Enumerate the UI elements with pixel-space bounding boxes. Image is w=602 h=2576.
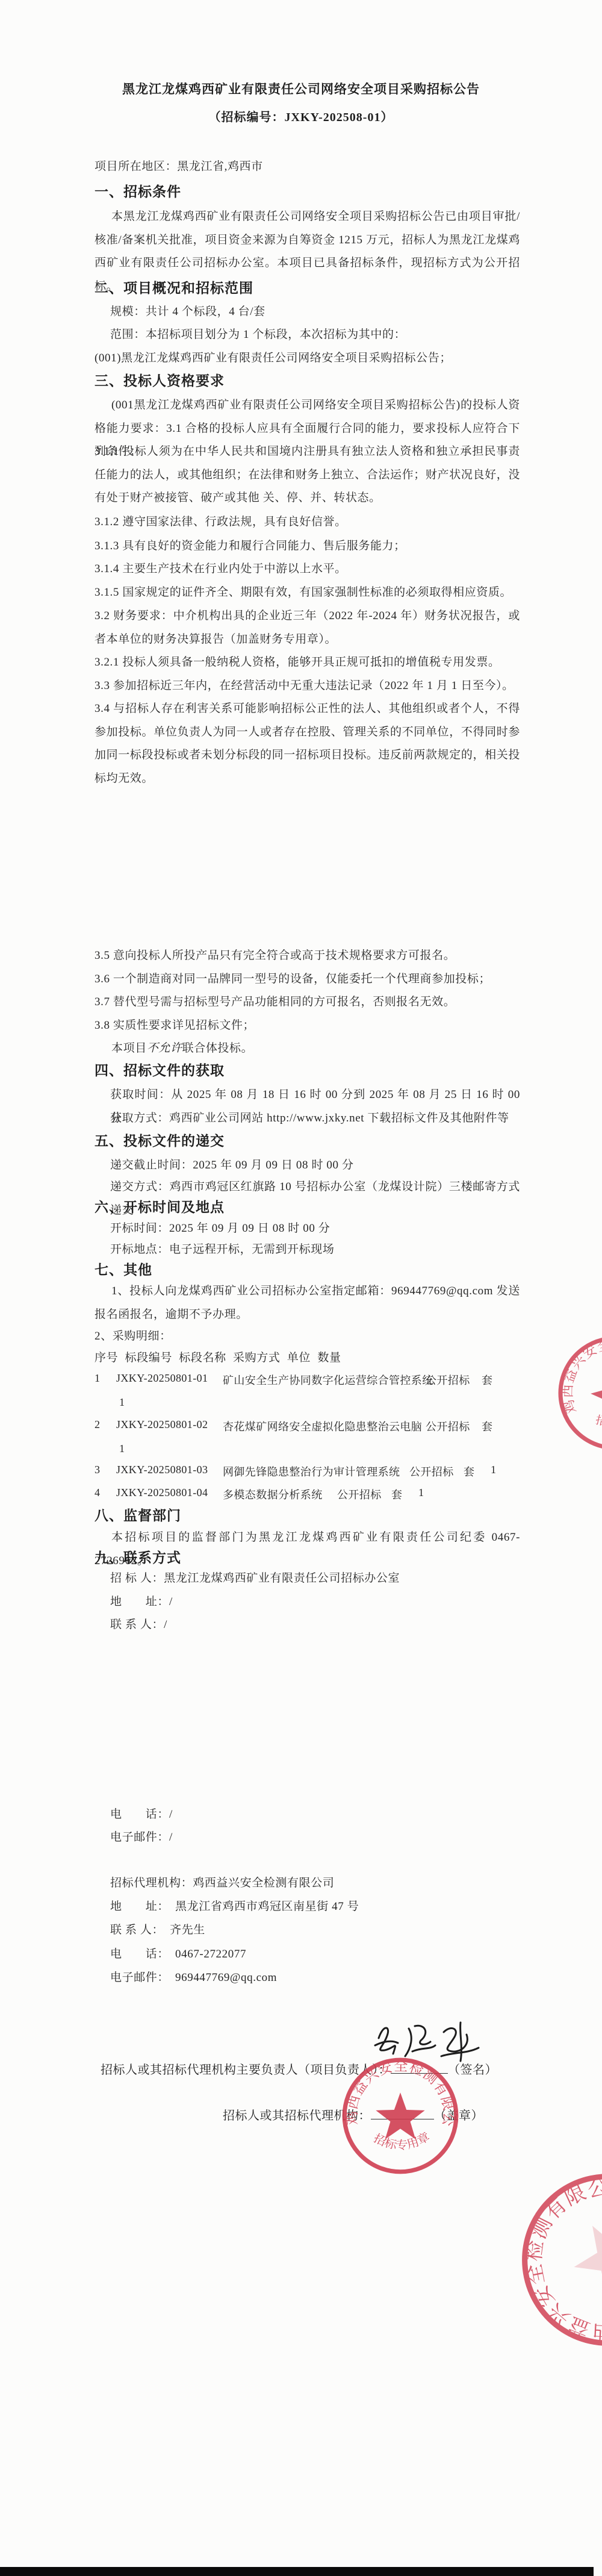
joint-suffix: 联合体投标。 bbox=[182, 1042, 253, 1055]
qualification-item: 3.1.1 投标人须为在中华人民共和国境内注册具有独立法人资格和独立承担民事责任… bbox=[95, 440, 520, 510]
partial-seal-right-edge: 鸡西益兴安全检测有限公司 招标专用章 bbox=[542, 1320, 602, 1466]
row-qty: 1 bbox=[418, 1486, 424, 1499]
obtain-time-label: 获取时间： bbox=[110, 1088, 171, 1101]
joint-prefix: 本项目 bbox=[111, 1042, 147, 1055]
section-4-heading: 四、招标文件的获取 bbox=[95, 1059, 225, 1079]
section-2-heading: 二、项目概况和招标范围 bbox=[95, 277, 253, 297]
row-qty: 1 bbox=[491, 1464, 496, 1476]
row-name: 杏花煤矿网络安全虚拟化隐患整治云电脑 bbox=[223, 1418, 422, 1434]
qualification-item: 3.6 一个制造商对同一品牌同一型号的设备，仅能委托一个代理商参加投标； bbox=[95, 968, 520, 991]
row-no: 1 bbox=[95, 1372, 100, 1385]
qualification-item: 3.3 参加招标近三年内，在经营活动中无重大违法记录（2022 年 1 月 1 … bbox=[95, 675, 520, 698]
row-no: 2 bbox=[95, 1418, 100, 1431]
tenderer-address-label: 地 址： bbox=[110, 1595, 169, 1608]
row-name: 多模态数据分析系统 bbox=[223, 1486, 323, 1502]
agency-phone-value: 0467-2722077 bbox=[169, 1948, 246, 1960]
row-unit: 套 bbox=[464, 1464, 474, 1479]
tenderer-name-label: 招 标 人： bbox=[110, 1572, 164, 1585]
tenderer-email-label: 电子邮件： bbox=[110, 1831, 169, 1844]
row-method: 公开招标 bbox=[337, 1486, 382, 1502]
project-scope: 范围：本招标项目划分为 1 个标段，本次招标为其中的： bbox=[110, 323, 520, 347]
tenderer-contact-label: 联 系 人： bbox=[110, 1618, 164, 1631]
obtain-method-value: 鸡西矿业公司网站 http://www.jxky.net 下载招标文件及其他附件… bbox=[169, 1112, 509, 1124]
agency-name: 招标代理机构：鸡西益兴安全检测有限公司 bbox=[110, 1872, 520, 1895]
obtain-method-label: 获取方式： bbox=[110, 1112, 169, 1124]
qualification-item: 3.4 与招标人存在利害关系可能影响招标公正性的法人、其他组织或者个人，不得参加… bbox=[95, 697, 520, 790]
obtain-method: 获取方式：鸡西矿业公司网站 http://www.jxky.net 下载招标文件… bbox=[110, 1107, 520, 1131]
agency-address: 地 址：黑龙江省鸡西市鸡冠区南星街 47 号 bbox=[110, 1895, 520, 1919]
row-method: 公开招标 bbox=[426, 1372, 470, 1388]
agency-official-seal: 鸡西益兴安全检测有限公司 招标专用章 bbox=[339, 2054, 462, 2177]
no-consortium-note: 本项目不允许联合体投标。 bbox=[95, 1037, 520, 1061]
partial-seal-bottom-right: 鸡西益兴安全检测有限公司 招标专用章 bbox=[500, 2151, 602, 2369]
section-8-heading: 八、监督部门 bbox=[95, 1505, 181, 1524]
row-method: 公开招标 bbox=[426, 1418, 470, 1434]
project-region: 项目所在地区：黑龙江省,鸡西市 bbox=[95, 155, 520, 179]
row-code: JXKY-20250801-02 bbox=[116, 1418, 208, 1431]
agency-email-value: 969447769@qq.com bbox=[169, 1971, 277, 1984]
svg-text:招标专用章: 招标专用章 bbox=[371, 2130, 432, 2153]
project-scale: 规模：共计 4 个标段，4 台/套 bbox=[110, 301, 520, 324]
agency-phone-label: 电 话： bbox=[110, 1948, 169, 1960]
agency-name-value: 鸡西益兴安全检测有限公司 bbox=[193, 1877, 334, 1889]
qualification-item: 3.5 意向投标人所投产品只有完全符合或高于技术规格要求方可报名。 bbox=[95, 944, 520, 968]
row-qty: 1 bbox=[119, 1396, 125, 1409]
submission-deadline-value: 2025 年 09 月 09 日 08 时 00 分 bbox=[193, 1159, 353, 1171]
row-no: 3 bbox=[95, 1464, 100, 1476]
agency-email-label: 电子邮件： bbox=[110, 1971, 169, 1984]
row-method: 公开招标 bbox=[409, 1464, 454, 1479]
row-code: JXKY-20250801-01 bbox=[116, 1372, 208, 1385]
section-3-heading: 三、投标人资格要求 bbox=[95, 370, 225, 390]
agency-contact: 联 系 人：齐先生 bbox=[110, 1919, 520, 1942]
seal-star-icon bbox=[376, 2092, 424, 2139]
qualification-item: 3.8 实质性要求详见招标文件； bbox=[95, 1014, 520, 1038]
seal-star-icon bbox=[586, 1365, 602, 1421]
seal-star-icon bbox=[566, 2217, 602, 2303]
opening-place-label: 开标地点： bbox=[110, 1243, 169, 1256]
opening-time-value: 2025 年 09 月 09 日 08 时 00 分 bbox=[169, 1222, 330, 1235]
qualification-item: 3.1.5 国家规定的证件齐全、期限有效，有国家强制性标准的必须取得相应资质。 bbox=[95, 581, 520, 605]
opening-place: 开标地点：电子远程开标，无需到开标现场 bbox=[110, 1238, 520, 1262]
svg-text:招标专用章: 招标专用章 bbox=[591, 1399, 602, 1435]
tenderer-address: 地 址：/ bbox=[110, 1591, 520, 1614]
row-name: 矿山安全生产协同数字化运营综合管控系统 bbox=[223, 1372, 433, 1388]
seal-type-text: 招标专用章 bbox=[591, 1399, 602, 1435]
tenderer-address-value: / bbox=[169, 1595, 173, 1608]
row-unit: 套 bbox=[391, 1486, 402, 1502]
section-6-heading: 六、开标时间及地点 bbox=[95, 1196, 225, 1216]
procurement-table-header: 序号 标段编号 标段名称 采购方式 单位 数量 bbox=[95, 1347, 520, 1370]
other-note-2: 2、采购明细： bbox=[95, 1325, 520, 1349]
agency-contact-label: 联 系 人： bbox=[110, 1924, 164, 1936]
tenderer-name: 招 标 人：黑龙江龙煤鸡西矿业有限责任公司招标办公室 bbox=[110, 1567, 520, 1591]
section-5-heading: 五、投标文件的递交 bbox=[95, 1130, 225, 1150]
other-note-1: 1、投标人向龙煤鸡西矿业公司招标办公室指定邮箱：969447769@qq.com… bbox=[95, 1280, 520, 1326]
tenderer-name-value: 黑龙江龙煤鸡西矿业有限责任公司招标办公室 bbox=[164, 1572, 400, 1585]
tenderer-phone-value: / bbox=[169, 1808, 173, 1821]
row-code: JXKY-20250801-03 bbox=[116, 1464, 208, 1476]
tenderer-email: 电子邮件：/ bbox=[110, 1826, 520, 1850]
qualification-item: 3.2 财务要求：中介机构出具的企业近三年（2022 年-2024 年）财务状况… bbox=[95, 605, 520, 651]
qualification-item: 3.1.3 具有良好的资金能力和履行合同能力、售后服务能力； bbox=[95, 535, 520, 558]
section-1-heading: 一、招标条件 bbox=[95, 181, 181, 201]
qualification-item: 3.1.2 遵守国家法律、行政法规，具有良好信誉。 bbox=[95, 511, 520, 534]
qualification-item: 3.2.1 投标人须具备一般纳税人资格，能够开具正规可抵扣的增值税专用发票。 bbox=[95, 651, 520, 675]
scan-edge-artifact bbox=[0, 2567, 594, 2576]
row-qty: 1 bbox=[119, 1442, 125, 1455]
opening-place-value: 电子远程开标，无需到开标现场 bbox=[169, 1243, 334, 1256]
agency-email: 电子邮件：969447769@qq.com bbox=[110, 1966, 520, 1990]
section-7-heading: 七、其他 bbox=[95, 1259, 152, 1279]
qualification-item: 3.1.4 主要生产技术在行业内处于中游以上水平。 bbox=[95, 558, 520, 581]
tenderer-phone-label: 电 话： bbox=[110, 1808, 169, 1821]
page-title: 黑龙江龙煤鸡西矿业有限责任公司网络安全项目采购招标公告 bbox=[0, 80, 602, 98]
agency-contact-value: 齐先生 bbox=[164, 1924, 205, 1936]
tenderer-email-value: / bbox=[169, 1831, 173, 1844]
lot-001: (001)黑龙江龙煤鸡西矿业有限责任公司网络安全项目采购招标公告； bbox=[95, 347, 520, 370]
row-no: 4 bbox=[95, 1486, 100, 1499]
agency-address-label: 地 址： bbox=[110, 1900, 169, 1913]
tenderer-contact-value: / bbox=[164, 1618, 167, 1631]
svg-text:鸡西益兴安全检测有限公司: 鸡西益兴安全检测有限公司 bbox=[542, 1320, 602, 1421]
submission-deadline-label: 递交截止时间： bbox=[110, 1159, 193, 1171]
agency-address-value: 黑龙江省鸡西市鸡冠区南星街 47 号 bbox=[169, 1900, 359, 1913]
joint-emphasis: 不允许 bbox=[147, 1042, 182, 1055]
row-unit: 套 bbox=[482, 1418, 492, 1434]
row-name: 网御先锋隐患整治行为审计管理系统 bbox=[223, 1464, 400, 1479]
submission-method-label: 递交方式： bbox=[110, 1180, 169, 1193]
tender-number: （招标编号：JXKY-202508-01） bbox=[0, 107, 602, 125]
row-unit: 套 bbox=[482, 1372, 492, 1388]
tenderer-phone: 电 话：/ bbox=[110, 1803, 520, 1827]
row-code: JXKY-20250801-04 bbox=[116, 1486, 208, 1499]
agency-phone: 电 话：0467-2722077 bbox=[110, 1943, 520, 1966]
section-9-heading: 九、联系方式 bbox=[95, 1547, 181, 1567]
opening-time-label: 开标时间： bbox=[110, 1222, 169, 1235]
seal-type-text: 招标专用章 bbox=[371, 2130, 432, 2153]
seal-org-text: 鸡西益兴安全检测有限公司 bbox=[542, 1320, 602, 1421]
qualification-item: 3.7 替代型号需与招标型号产品功能相同的方可报名，否则报名无效。 bbox=[95, 991, 520, 1014]
agency-name-label: 招标代理机构： bbox=[110, 1877, 193, 1889]
opening-time: 开标时间：2025 年 09 月 09 日 08 时 00 分 bbox=[110, 1217, 520, 1241]
tender-announcement-page: 黑龙江龙煤鸡西矿业有限责任公司网络安全项目采购招标公告 （招标编号：JXKY-2… bbox=[0, 0, 602, 2576]
submission-deadline: 递交截止时间：2025 年 09 月 09 日 08 时 00 分 bbox=[110, 1154, 520, 1177]
tenderer-contact: 联 系 人：/ bbox=[110, 1614, 520, 1637]
